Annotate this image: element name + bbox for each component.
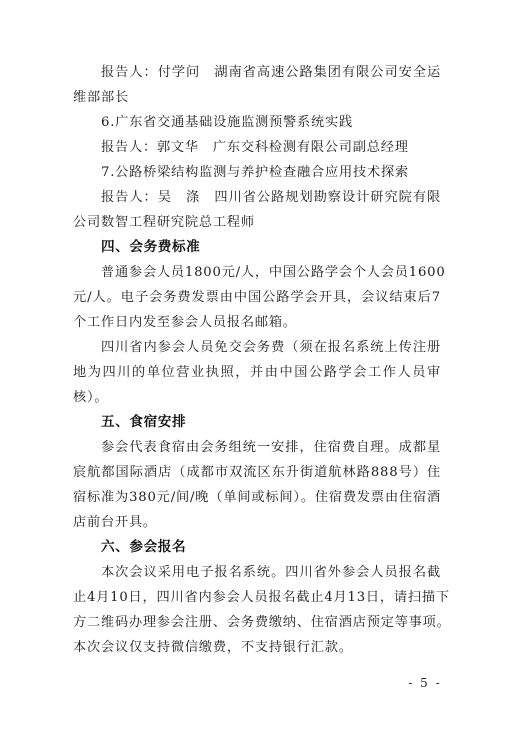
- agenda-item-6: 6.广东省交通基础设施监测预警系统实践: [73, 110, 441, 135]
- document-page: 报告人：付学问 湖南省高速公路集团有限公司安全运 维部部长 6.广东省交通基础设…: [0, 0, 511, 732]
- section-heading-registration: 六、参会报名: [73, 535, 441, 560]
- section-heading-fee: 四、会务费标准: [73, 235, 441, 260]
- fee-exemption-line: 地为四川的单位营业执照，并由中国公路学会工作人员审: [73, 360, 441, 385]
- reporter-line-guo-wenhua: 报告人：郭文华 广东交科检测有限公司副总经理: [73, 135, 441, 160]
- reporter-title-continuation: 维部部长: [73, 85, 441, 110]
- document-body: 报告人：付学问 湖南省高速公路集团有限公司安全运 维部部长 6.广东省交通基础设…: [73, 60, 441, 660]
- registration-paragraph-line: 方二维码办理参会注册、会务费缴纳、住宿酒店预定等事项。: [73, 610, 441, 635]
- reporter-line-fu-xuewen: 报告人：付学问 湖南省高速公路集团有限公司安全运: [73, 60, 441, 85]
- fee-paragraph-line: 普通参会人员1800元/人，中国公路学会个人会员1600: [73, 260, 441, 285]
- registration-paragraph-line: 本次会议采用电子报名系统。四川省外参会人员报名截: [73, 560, 441, 585]
- lodging-paragraph-line: 参会代表食宿由会务组统一安排，住宿费自理。成都星: [73, 435, 441, 460]
- reporter-title-continuation: 公司数智工程研究院总工程师: [73, 210, 441, 235]
- lodging-paragraph-line: 宸航都国际酒店（成都市双流区东升街道航林路888号）住: [73, 460, 441, 485]
- lodging-paragraph-line: 宿标准为380元/间/晚（单间或标间）。住宿费发票由住宿酒: [73, 485, 441, 510]
- registration-paragraph-line: 止4月10日，四川省内参会人员报名截止4月13日，请扫描下: [73, 585, 441, 610]
- fee-paragraph-line: 个工作日内发至参会人员报名邮箱。: [73, 310, 441, 335]
- section-heading-lodging: 五、食宿安排: [73, 410, 441, 435]
- fee-paragraph-line: 元/人。电子会务费发票由中国公路学会开具，会议结束后7: [73, 285, 441, 310]
- lodging-paragraph-line: 店前台开具。: [73, 510, 441, 535]
- page-number: - 5 -: [405, 676, 445, 690]
- agenda-item-7: 7.公路桥梁结构监测与养护检查融合应用技术探索: [73, 160, 441, 185]
- registration-paragraph-line: 本次会议仅支持微信缴费，不支持银行汇款。: [73, 635, 441, 660]
- fee-exemption-line: 核）。: [73, 385, 441, 410]
- reporter-line-wu-di: 报告人：吴 涤 四川省公路规划勘察设计研究院有限: [73, 185, 441, 210]
- fee-exemption-line: 四川省内参会人员免交会务费（须在报名系统上传注册: [73, 335, 441, 360]
